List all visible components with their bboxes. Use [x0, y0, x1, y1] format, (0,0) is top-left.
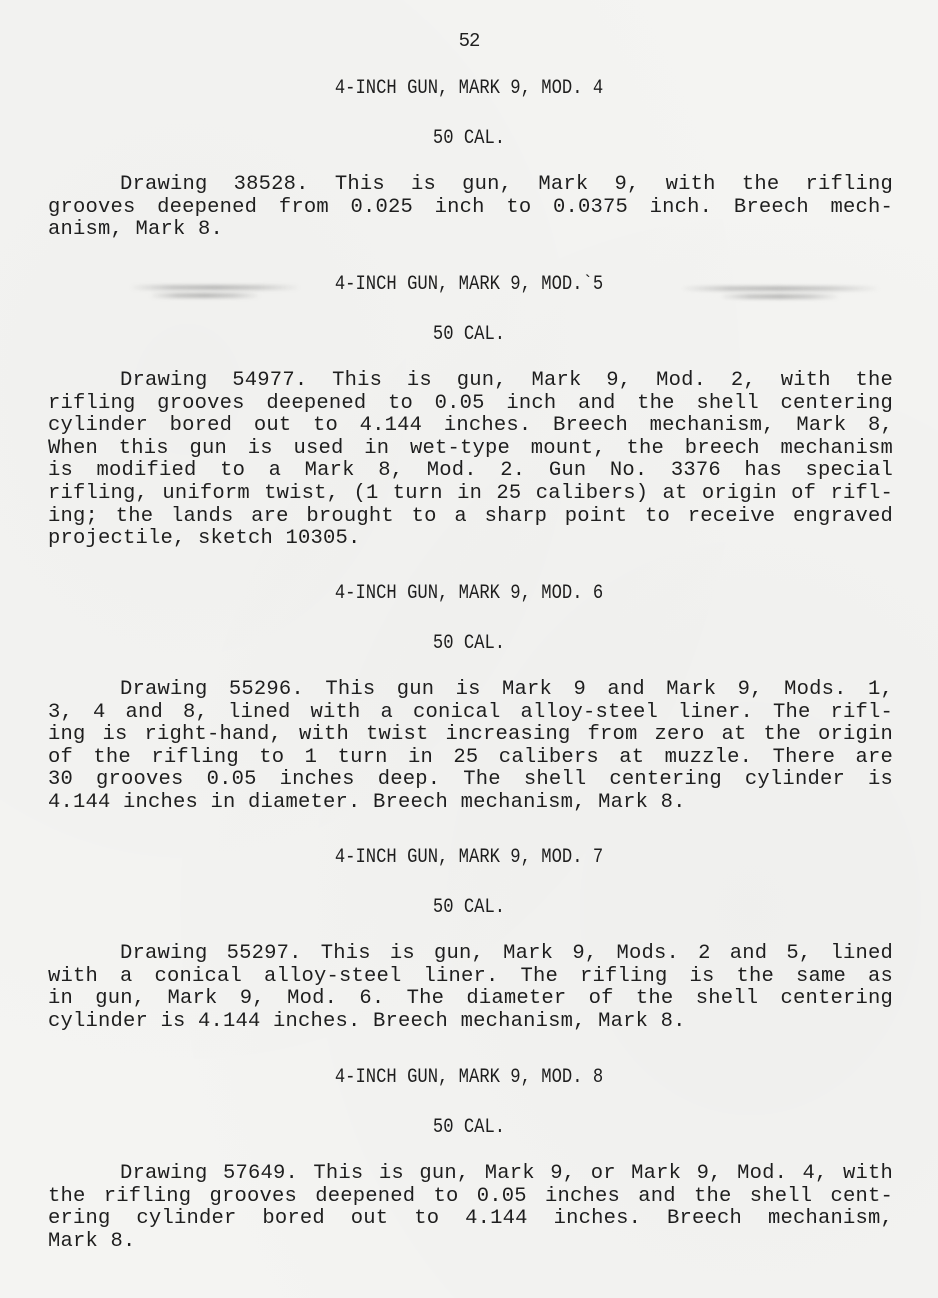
paragraph-line: 3, 4 and 8, lined with a conical alloy-s… [48, 702, 893, 725]
paragraph-line: Drawing 38528. This is gun, Mark 9, with… [48, 174, 893, 197]
paragraph-line: 4.144 inches in diameter. Breech mechani… [48, 792, 893, 815]
paragraph-line: cylinder bored out to 4.144 inches. Bree… [48, 415, 893, 438]
paragraph-line: ering cylinder bored out to 4.144 inches… [48, 1208, 893, 1231]
paragraph-line: rifling, uniform twist, (1 turn in 25 ca… [48, 483, 893, 506]
caliber-label: 50 CAL. [66, 897, 873, 919]
paragraph-line: of the rifling to 1 turn in 25 calibers … [48, 747, 893, 770]
paragraph-line: cylinder is 4.144 inches. Breech mechani… [48, 1011, 893, 1034]
paragraph-line: the rifling grooves deepened to 0.05 inc… [48, 1186, 893, 1209]
section-mod-5: 4-INCH GUN, MARK 9, MOD.`5 50 CAL. Drawi… [0, 274, 938, 551]
section-heading: 4-INCH GUN, MARK 9, MOD. 8 [66, 1067, 873, 1089]
paragraph-line: rifling grooves deepened to 0.05 inch an… [48, 393, 893, 416]
paragraph-line: is modified to a Mark 8, Mod. 2. Gun No.… [48, 460, 893, 483]
page-number: 52 [0, 30, 938, 52]
section-paragraph: Drawing 55296. This gun is Mark 9 and Ma… [48, 679, 893, 815]
paragraph-line: Mark 8. [48, 1231, 893, 1254]
section-heading: 4-INCH GUN, MARK 9, MOD. 6 [66, 583, 873, 605]
section-paragraph: Drawing 38528. This is gun, Mark 9, with… [48, 174, 893, 242]
caliber-label: 50 CAL. [66, 324, 873, 346]
paragraph-line: Drawing 57649. This is gun, Mark 9, or M… [48, 1163, 893, 1186]
caliber-label: 50 CAL. [66, 1117, 873, 1139]
caliber-label: 50 CAL. [66, 633, 873, 655]
paragraph-line: ing is right-hand, with twist increasing… [48, 724, 893, 747]
paragraph-line: Drawing 55297. This is gun, Mark 9, Mods… [48, 943, 893, 966]
paragraph-line: When this gun is used in wet-type mount,… [48, 438, 893, 461]
paragraph-line: grooves deepened from 0.025 inch to 0.03… [48, 197, 893, 220]
document-page: 52 4-INCH GUN, MARK 9, MOD. 4 50 CAL. Dr… [0, 0, 938, 1298]
paragraph-line: Drawing 54977. This is gun, Mark 9, Mod.… [48, 370, 893, 393]
section-paragraph: Drawing 55297. This is gun, Mark 9, Mods… [48, 943, 893, 1033]
section-mod-7: 4-INCH GUN, MARK 9, MOD. 7 50 CAL. Drawi… [0, 847, 938, 1033]
section-heading: 4-INCH GUN, MARK 9, MOD. 7 [66, 847, 873, 869]
paragraph-line: anism, Mark 8. [48, 219, 893, 242]
section-paragraph: Drawing 54977. This is gun, Mark 9, Mod.… [48, 370, 893, 551]
paragraph-line: ing; the lands are brought to a sharp po… [48, 506, 893, 529]
paragraph-line: Drawing 55296. This gun is Mark 9 and Ma… [48, 679, 893, 702]
paragraph-line: projectile, sketch 10305. [48, 528, 893, 551]
section-mod-8: 4-INCH GUN, MARK 9, MOD. 8 50 CAL. Drawi… [0, 1067, 938, 1253]
section-heading: 4-INCH GUN, MARK 9, MOD.`5 [66, 274, 873, 296]
paragraph-line: with a conical alloy-steel liner. The ri… [48, 966, 893, 989]
paragraph-line: in gun, Mark 9, Mod. 6. The diameter of … [48, 988, 893, 1011]
caliber-label: 50 CAL. [66, 128, 873, 150]
section-mod-4: 4-INCH GUN, MARK 9, MOD. 4 50 CAL. Drawi… [0, 78, 938, 242]
section-heading: 4-INCH GUN, MARK 9, MOD. 4 [66, 78, 873, 100]
paragraph-line: 30 grooves 0.05 inches deep. The shell c… [48, 769, 893, 792]
section-paragraph: Drawing 57649. This is gun, Mark 9, or M… [48, 1163, 893, 1253]
section-mod-6: 4-INCH GUN, MARK 9, MOD. 6 50 CAL. Drawi… [0, 583, 938, 815]
